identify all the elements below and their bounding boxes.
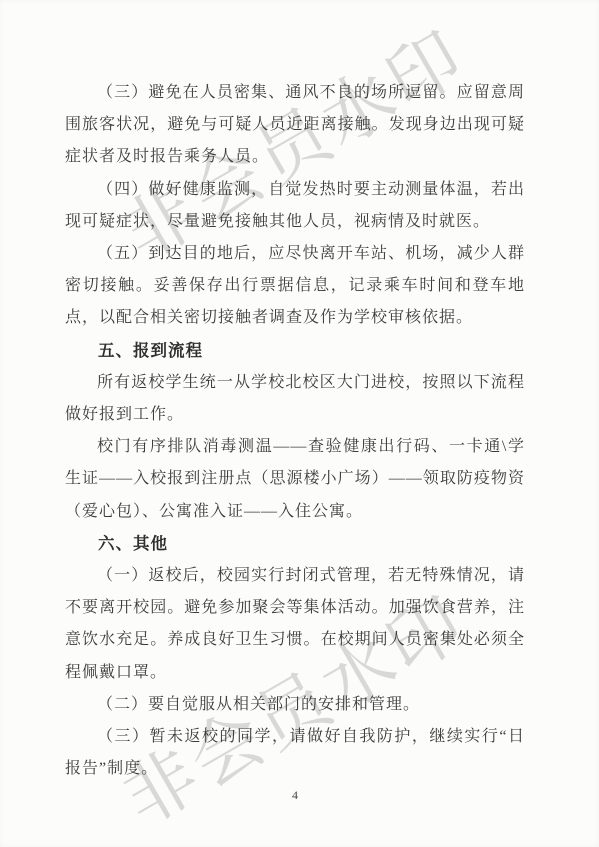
- body-paragraph: （二）要自觉服从相关部门的安排和管理。: [65, 689, 525, 721]
- page-number: 4: [65, 788, 525, 803]
- document-body: （三）避免在人员密集、通风不良的场所逗留。应留意周围旅客状况，避免与可疑人员近距…: [65, 77, 525, 785]
- body-paragraph: （三）避免在人员密集、通风不良的场所逗留。应留意周围旅客状况，避免与可疑人员近距…: [65, 77, 525, 174]
- body-paragraph: （四）做好健康监测，自觉发热时要主动测量体温，若出现可疑症状，尽量避免接触其他人…: [65, 174, 525, 238]
- body-paragraph: 所有返校学生统一从学校北校区大门进校，按照以下流程做好报到工作。: [65, 367, 525, 431]
- body-paragraph: 校门有序排队消毒测温——查验健康出行码、一卡通\学生证——入校报到注册点（思源楼…: [65, 431, 525, 528]
- body-paragraph: （三）暂未返校的同学，请做好自我防护，继续实行“日报告”制度。: [65, 721, 525, 785]
- body-paragraph: （一）返校后，校园实行封闭式管理，若无特殊情况，请不要离开校园。避免参加聚会等集…: [65, 560, 525, 689]
- document-page: 非会员水印 非会员水印 （三）避免在人员密集、通风不良的场所逗留。应留意周围旅客…: [0, 0, 599, 847]
- body-paragraph: （五）到达目的地后，应尽快离开车站、机场，减少人群密切接触。妥善保存出行票据信息…: [65, 238, 525, 335]
- section-heading-report-process: 五、报到流程: [65, 335, 525, 367]
- section-heading-other: 六、其他: [65, 528, 525, 560]
